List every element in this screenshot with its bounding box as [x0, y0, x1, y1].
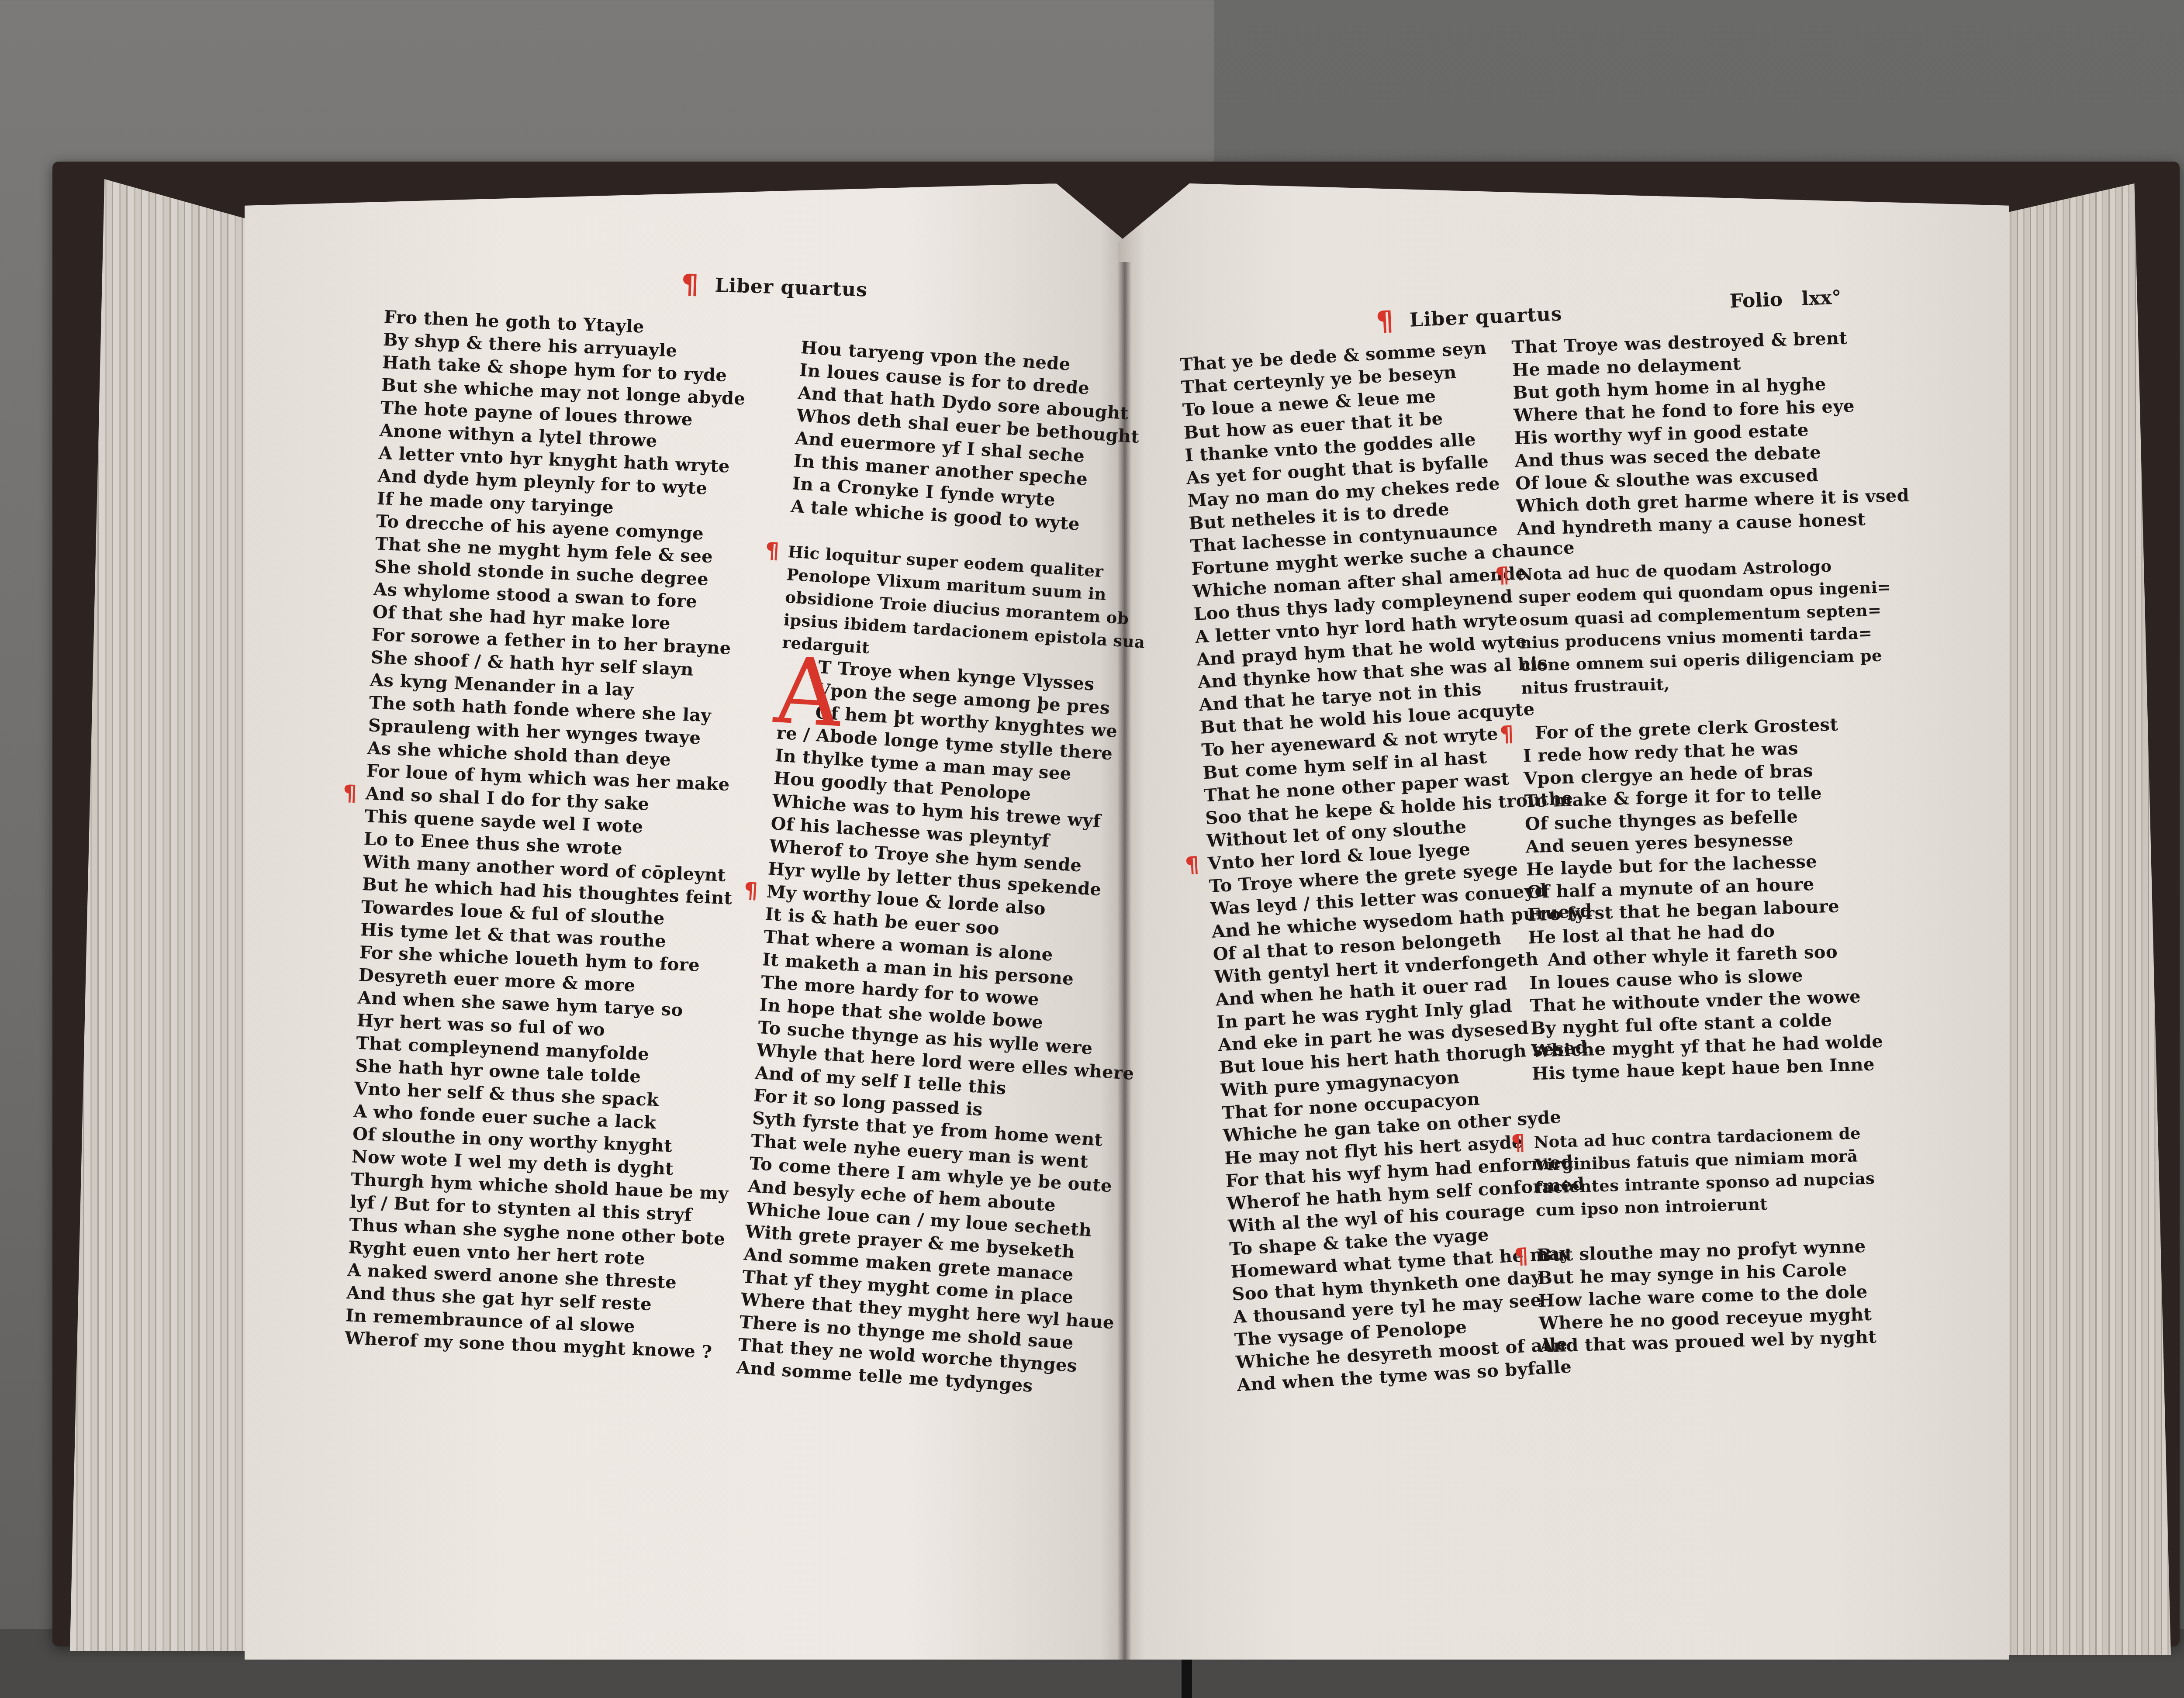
folio-label: Folio [1729, 288, 1783, 312]
rubric-mark-icon: ¶ [1185, 853, 1200, 877]
rubric-mark-icon: ¶ [1495, 563, 1510, 587]
left-running-head: ¶ Liber quartus [681, 268, 868, 301]
rubric-mark-icon: ¶ [1511, 1131, 1526, 1154]
left-page-column-2: Hou taryeng vpon the nedeIn loues cause … [736, 336, 1179, 1403]
rubric-mark-icon: ¶ [743, 879, 758, 902]
folio-number: Folio lxx° [1729, 286, 1842, 313]
rubric-mark-icon: ¶ [764, 539, 780, 563]
rubric-mark-icon: ¶ [1375, 307, 1394, 335]
folio-value: lxx° [1801, 286, 1842, 310]
right-page-column-2: That Troye was destroyed & brentHe made … [1511, 325, 1933, 1358]
rubric-mark-icon: ¶ [1500, 722, 1514, 745]
rubric-mark-icon: ¶ [342, 781, 357, 804]
line-text: cum ipso non introierunt [1535, 1194, 1768, 1220]
rubric-mark-icon: ¶ [681, 270, 699, 298]
line-text: nitus frustrauit, [1521, 674, 1670, 697]
drop-cap-initial: A [772, 645, 844, 740]
running-head-text: Liber quartus [715, 274, 868, 301]
left-page-column-1: Fro then he goth to YtayleBy shyp & ther… [344, 306, 762, 1364]
rubric-mark-icon: ¶ [1514, 1245, 1529, 1268]
